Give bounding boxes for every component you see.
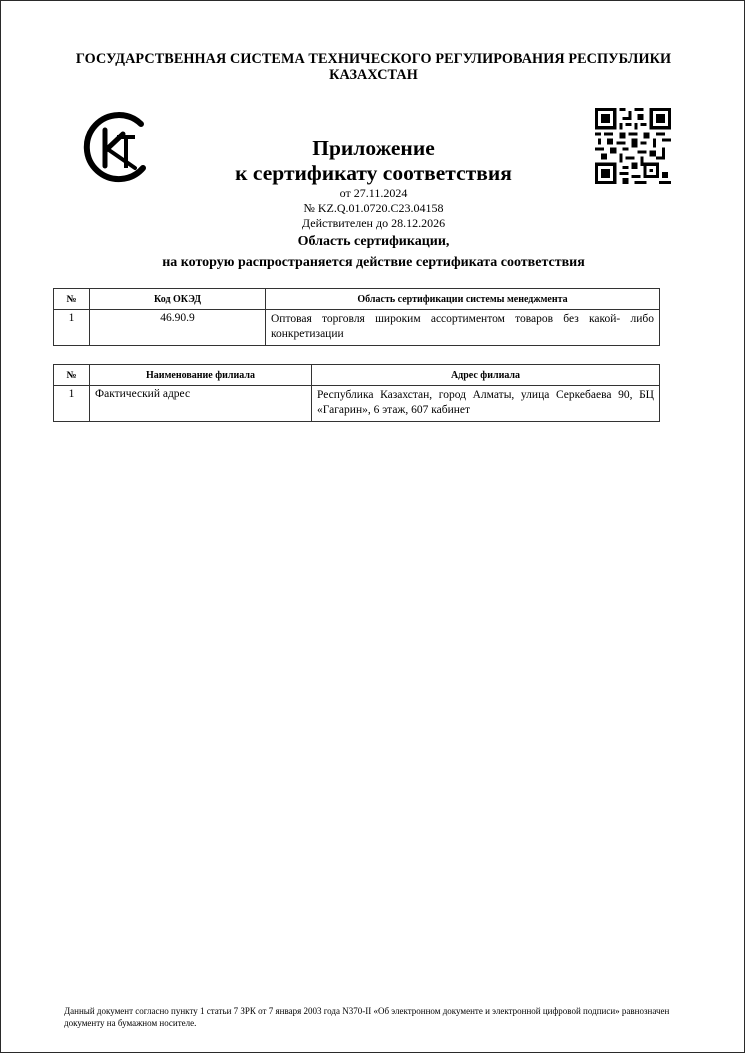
scope-title: Область сертификации, [151, 234, 596, 250]
appendix-title: Приложение [151, 136, 596, 161]
legal-footer-note: Данный документ согласно пункту 1 статьи… [64, 1005, 704, 1029]
certificate-number: № KZ.Q.01.0720.C23.04158 [151, 201, 596, 216]
column-header-branch-name: Наименование филиала [90, 365, 312, 386]
column-header-number: № [54, 365, 90, 386]
certificate-validity: Действителен до 28.12.2026 [151, 216, 596, 231]
certificate-date: от 27.11.2024 [151, 186, 596, 201]
column-header-number: № [54, 289, 90, 310]
row-number: 1 [54, 310, 90, 346]
table-header-row: № Наименование филиала Адрес филиала [54, 365, 660, 386]
row-number: 1 [54, 386, 90, 422]
certification-scope-table: № Код ОКЭД Область сертификации системы … [53, 288, 660, 346]
document-page: ГОСУДАРСТВЕННАЯ СИСТЕМА ТЕХНИЧЕСКОГО РЕГ… [0, 0, 745, 1053]
appendix-subtitle: к сертификату соответствия [151, 161, 596, 186]
branch-address: Республика Казахстан, город Алматы, улиц… [312, 386, 660, 422]
column-header-okved-code: Код ОКЭД [90, 289, 266, 310]
table-row: 1 46.90.9 Оптовая торговля широким ассор… [54, 310, 660, 346]
qr-code-icon [595, 108, 671, 184]
scope-description: Оптовая торговля широким ассортиментом т… [266, 310, 660, 346]
appendix-header: Приложение к сертификату соответствия от… [151, 136, 596, 250]
column-header-scope: Область сертификации системы менеджмента [266, 289, 660, 310]
okved-code: 46.90.9 [90, 310, 266, 346]
table-row: 1 Фактический адрес Республика Казахстан… [54, 386, 660, 422]
kt-certification-logo-icon [77, 108, 153, 184]
government-system-title: ГОСУДАРСТВЕННАЯ СИСТЕМА ТЕХНИЧЕСКОГО РЕГ… [41, 51, 706, 83]
column-header-branch-address: Адрес филиала [312, 365, 660, 386]
branch-name: Фактический адрес [90, 386, 312, 422]
table-header-row: № Код ОКЭД Область сертификации системы … [54, 289, 660, 310]
scope-subtitle: на которую распространяется действие сер… [41, 255, 706, 271]
branch-table: № Наименование филиала Адрес филиала 1 Ф… [53, 364, 660, 422]
